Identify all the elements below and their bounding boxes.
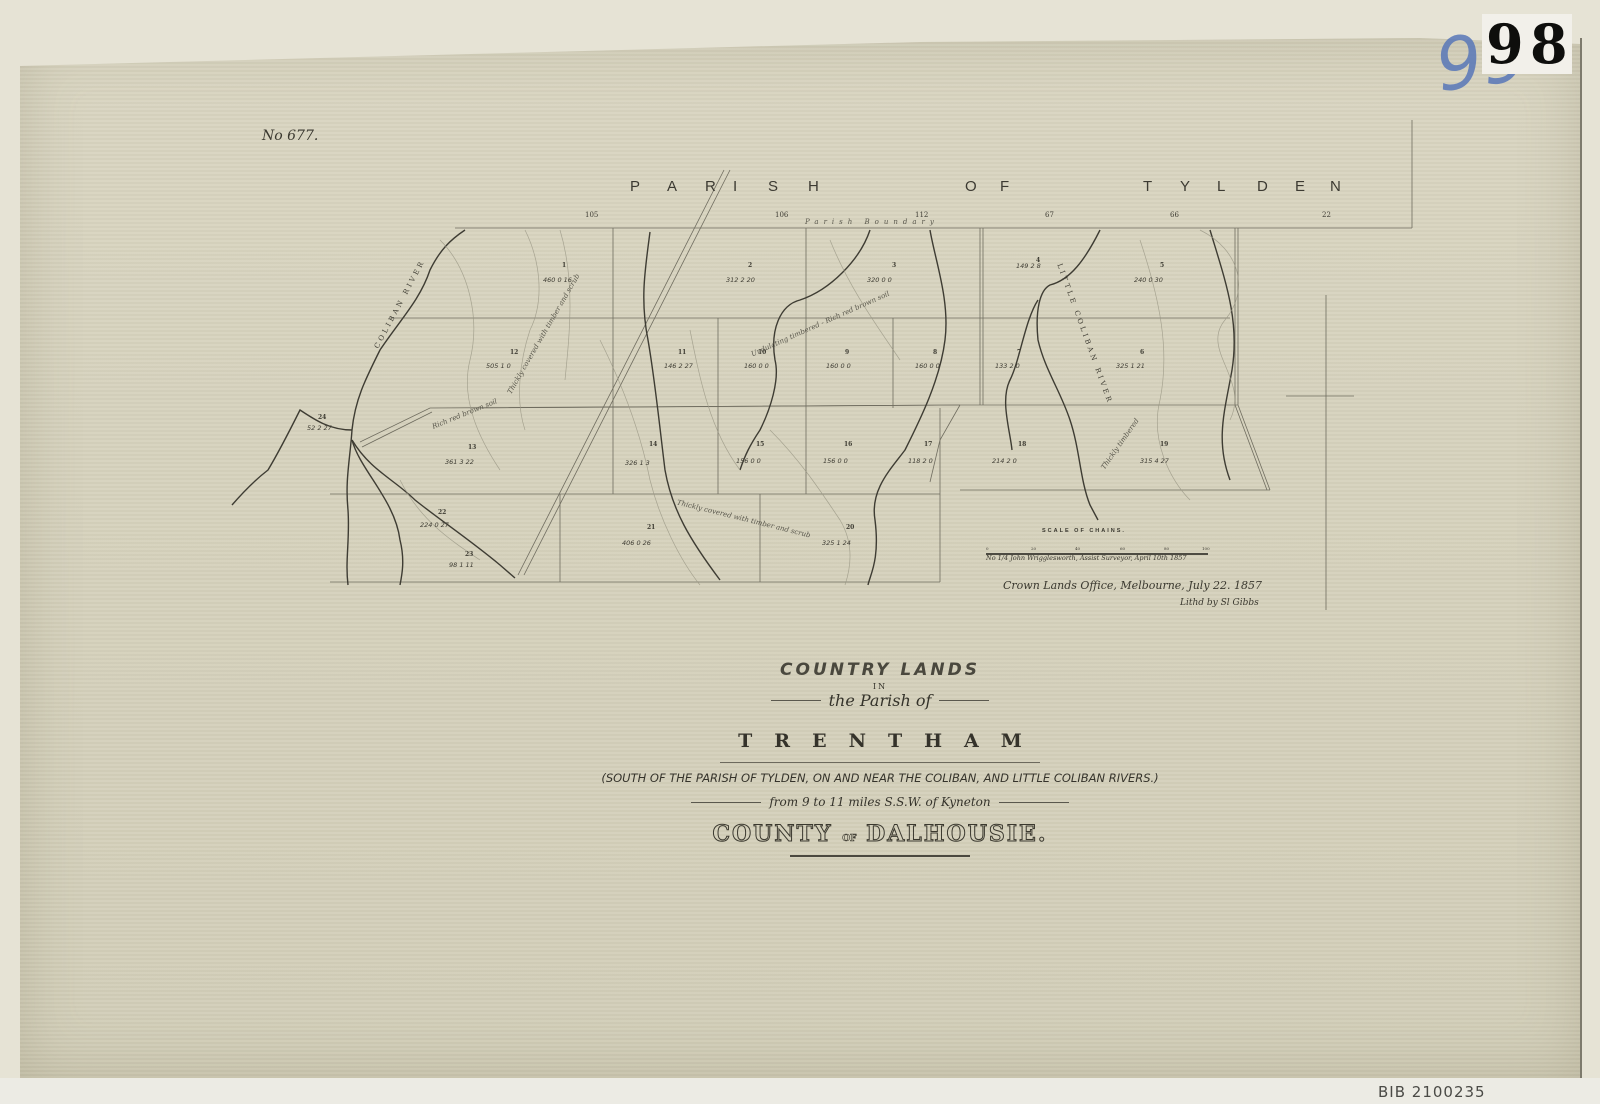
lot-area: 320 0 0 bbox=[867, 276, 892, 284]
title-block: COUNTRY LANDS IN the Parish of TRENTHAM … bbox=[640, 660, 1120, 857]
lot-number: 18 bbox=[1018, 441, 1026, 448]
title-divider bbox=[720, 762, 1040, 763]
title-underline bbox=[790, 855, 970, 857]
parish-letter: D bbox=[1257, 178, 1268, 195]
lot-area: 156 0 0 bbox=[823, 457, 848, 465]
parish-letter: N bbox=[1330, 178, 1341, 195]
lithographer-credit: Lithd by Sl Gibbs bbox=[1180, 598, 1259, 608]
title-distance: from 9 to 11 miles S.S.W. of Kyneton bbox=[769, 795, 990, 809]
lot-number: 8 bbox=[933, 349, 937, 356]
map-linework bbox=[0, 0, 1600, 1104]
parish-letter: O bbox=[965, 178, 977, 195]
catalogue-number: BIB 2100235 bbox=[1378, 1083, 1486, 1101]
title-subtitle: (SOUTH OF THE PARISH OF TYLDEN, ON AND N… bbox=[570, 771, 1190, 785]
lot-area: 224 0 27 bbox=[420, 521, 449, 529]
lot-area: 325 1 21 bbox=[1116, 362, 1145, 370]
lot-area: 98 1 11 bbox=[449, 561, 474, 569]
parish-letter: F bbox=[1000, 178, 1009, 195]
parish-boundary-label: Parish Boundary bbox=[805, 218, 939, 226]
lot-number: 11 bbox=[678, 349, 686, 356]
title-trentham: TRENTHAM bbox=[640, 730, 1120, 752]
lot-area: 361 3 22 bbox=[445, 458, 474, 466]
lot-area: 156 0 0 bbox=[736, 457, 761, 465]
county-word: COUNTY bbox=[713, 821, 833, 847]
boundary-allotment: 66 bbox=[1170, 211, 1179, 219]
parish-letter: P bbox=[630, 178, 640, 195]
title-country-lands: COUNTRY LANDS bbox=[640, 660, 1120, 680]
lot-number: 16 bbox=[844, 441, 852, 448]
lot-area: 146 2 27 bbox=[664, 362, 693, 370]
lot-number: 20 bbox=[846, 524, 854, 531]
title-rule bbox=[999, 802, 1069, 803]
title-rule bbox=[691, 802, 761, 803]
lot-number: 12 bbox=[510, 349, 518, 356]
sheet-number-digit-2: 8 bbox=[1526, 14, 1572, 74]
lot-area: 160 0 0 bbox=[915, 362, 940, 370]
lot-number: 1 bbox=[562, 262, 566, 269]
lot-area: 240 0 30 bbox=[1134, 276, 1163, 284]
boundary-allotment: 106 bbox=[775, 211, 788, 219]
scale-tick: 80 bbox=[1164, 546, 1169, 551]
parish-letter: I bbox=[733, 178, 737, 195]
scale-tick: 20 bbox=[1031, 546, 1036, 551]
plan-number: No 677. bbox=[262, 128, 318, 144]
title-in: IN bbox=[640, 682, 1120, 691]
surveyor-note: No 1/4 John Wrigglesworth, Assist Survey… bbox=[986, 554, 1187, 562]
scale-tick: 100 bbox=[1202, 546, 1210, 551]
lot-number: 15 bbox=[756, 441, 764, 448]
title-rule bbox=[771, 700, 821, 701]
lot-number: 6 bbox=[1140, 349, 1144, 356]
lot-area: 52 2 27 bbox=[307, 424, 332, 432]
parish-letter: S bbox=[768, 178, 778, 195]
scale-tick: 0 bbox=[986, 546, 989, 551]
parish-letter: L bbox=[1217, 178, 1225, 195]
parish-letter: T bbox=[1143, 178, 1152, 195]
lot-area: 505 1 0 bbox=[486, 362, 511, 370]
county-of: OF bbox=[842, 834, 856, 844]
boundary-allotment: 67 bbox=[1045, 211, 1054, 219]
scale-tick: 60 bbox=[1120, 546, 1125, 551]
lot-number: 17 bbox=[924, 441, 932, 448]
lot-number: 24 bbox=[318, 414, 326, 421]
lot-number: 22 bbox=[438, 509, 446, 516]
lot-number: 23 bbox=[465, 551, 473, 558]
county-name: DALHOUSIE. bbox=[866, 821, 1047, 847]
lot-area: 160 0 0 bbox=[744, 362, 769, 370]
lot-area: 133 2 0 bbox=[995, 362, 1020, 370]
lot-number: 3 bbox=[892, 262, 896, 269]
lot-number: 9 bbox=[845, 349, 849, 356]
lot-area: 312 2 20 bbox=[726, 276, 755, 284]
title-rule bbox=[939, 700, 989, 701]
lot-area: 149 2 8 bbox=[1016, 262, 1041, 270]
parish-letter: Y bbox=[1180, 178, 1190, 195]
boundary-allotment: 105 bbox=[585, 211, 598, 219]
sheet-number-digit-1: 9 bbox=[1482, 14, 1528, 74]
title-parish-of-line: the Parish of bbox=[640, 691, 1120, 710]
lot-area: 326 1 3 bbox=[625, 459, 650, 467]
office-imprint: Crown Lands Office, Melbourne, July 22. … bbox=[1003, 579, 1262, 592]
title-distance-line: from 9 to 11 miles S.S.W. of Kyneton bbox=[640, 795, 1120, 809]
boundary-allotment: 22 bbox=[1322, 211, 1331, 219]
title-parish-of: the Parish of bbox=[829, 691, 932, 710]
parish-letter: E bbox=[1295, 178, 1305, 195]
lot-number: 21 bbox=[647, 524, 655, 531]
lot-area: 160 0 0 bbox=[826, 362, 851, 370]
lot-number: 19 bbox=[1160, 441, 1168, 448]
lot-number: 5 bbox=[1160, 262, 1164, 269]
lot-area: 118 2 0 bbox=[908, 457, 933, 465]
scale-tick: 40 bbox=[1075, 546, 1080, 551]
title-county: COUNTY OF DALHOUSIE. bbox=[640, 821, 1120, 847]
lot-number: 13 bbox=[468, 444, 476, 451]
lot-area: 325 1 24 bbox=[822, 539, 851, 547]
parish-letter: R bbox=[705, 178, 716, 195]
lot-number: 2 bbox=[748, 262, 752, 269]
lot-number: 14 bbox=[649, 441, 657, 448]
parish-letter: H bbox=[808, 178, 819, 195]
scale-title: SCALE OF CHAINS. bbox=[1042, 528, 1126, 534]
lot-area: 406 0 26 bbox=[622, 539, 651, 547]
lot-number: 7 bbox=[1017, 349, 1021, 356]
lot-area: 214 2 0 bbox=[992, 457, 1017, 465]
lot-area: 315 4 27 bbox=[1140, 457, 1169, 465]
parish-letter: A bbox=[667, 178, 677, 195]
